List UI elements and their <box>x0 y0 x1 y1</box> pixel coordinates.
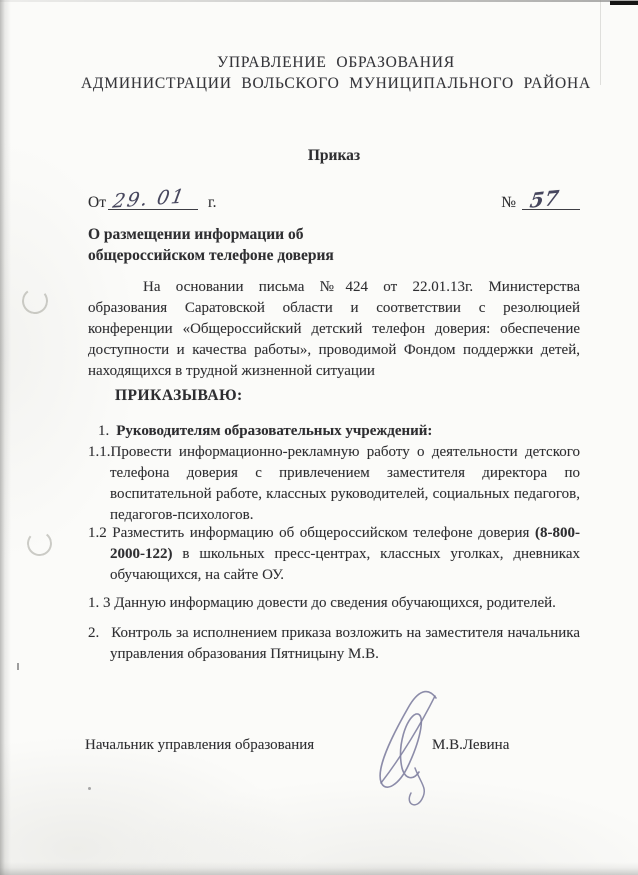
doc-type-title: Приказ <box>88 147 580 165</box>
punch-hole-mark-top <box>20 286 49 315</box>
subject-line1: О размещении информации об <box>88 224 334 245</box>
item11-line: 1.1.Провести информационно-рекламную раб… <box>88 442 580 463</box>
item1-number: 1. <box>98 423 109 439</box>
scan-speck <box>17 663 19 670</box>
item2-number: 2. <box>88 625 99 641</box>
handwritten-date: 29. 01 <box>111 185 187 212</box>
scan-corner-mark <box>610 1 638 5</box>
item12-line: 1.2 Разместить информацию об общероссийс… <box>88 523 580 544</box>
subject-title: О размещении информации об общероссийско… <box>88 224 334 266</box>
item11-line: воспитательной работе, классных руководи… <box>88 484 580 505</box>
org-name-line2: АДМИНИСТРАЦИИ ВОЛЬСКОГО МУНИЦИПАЛЬНОГО Р… <box>72 73 600 94</box>
item12-line: 2000-122) в школьных пресс-центрах, клас… <box>88 544 580 565</box>
preamble-line: На основании письма №424 от 22.01.13г. М… <box>88 277 580 298</box>
item12-line: обучающихся, на сайте ОУ. <box>88 565 580 586</box>
handwritten-number: 57 <box>528 185 561 213</box>
order-word: ПРИКАЗЫВАЮ: <box>115 387 243 405</box>
item12-phone-part2: 2000-122) <box>110 546 173 562</box>
number-blank-line: 57 <box>522 194 580 210</box>
item12-text: 1.2 Разместить информацию об общероссийс… <box>88 525 529 541</box>
scanned-order-document: { "document": { "header": { "line1": "УП… <box>0 0 638 875</box>
date-group: От29. 01г. <box>88 194 216 212</box>
number-group: №57 <box>501 194 580 212</box>
preamble-line: конференции «Общероссийский детский теле… <box>88 319 580 340</box>
preamble-line: доступности и качества работы», проводим… <box>88 340 580 361</box>
order-item-1: 1.Руководителям образовательных учрежден… <box>98 421 580 442</box>
signatory-position: Начальник управления образования <box>85 737 314 754</box>
scan-top-edge <box>0 0 638 2</box>
org-letterhead: УПРАВЛЕНИЕ ОБРАЗОВАНИЯ АДМИНИСТРАЦИИ ВОЛ… <box>72 52 600 94</box>
order-item-1-2: 1.2 Разместить информацию об общероссийс… <box>88 523 580 586</box>
punch-hole-mark-bottom <box>26 530 53 557</box>
scan-bottom-edge <box>0 862 638 875</box>
item1-text: Руководителям образовательных учреждений… <box>116 423 432 439</box>
date-label: От <box>88 194 106 211</box>
item2-line: 2.Контроль за исполнением приказа возлож… <box>88 623 580 644</box>
preamble-line: образования Саратовской области и соотве… <box>88 298 580 319</box>
signatory-name: М.В.Левина <box>432 737 509 754</box>
date-number-row: От29. 01г. №57 <box>88 194 580 212</box>
item12-text: в школьных пресс-центрах, классных уголк… <box>182 546 580 562</box>
item11-line: телефона доверия с привлечением заместит… <box>88 463 580 484</box>
date-suffix: г. <box>208 194 216 211</box>
scan-speck <box>88 787 91 790</box>
item12-phone-part1: (8-800- <box>535 525 580 541</box>
item2-line: управления образования Пятницыну М.В. <box>88 644 580 665</box>
org-name-line1: УПРАВЛЕНИЕ ОБРАЗОВАНИЯ <box>72 52 600 73</box>
order-item-1-1: 1.1.Провести информационно-рекламную раб… <box>88 442 580 526</box>
date-blank-line: 29. 01 <box>108 194 198 210</box>
preamble-paragraph: На основании письма №424 от 22.01.13г. М… <box>88 277 580 382</box>
scan-left-edge <box>0 0 11 875</box>
scan-seam-line <box>600 0 601 85</box>
preamble-line: находящихся в трудной жизненной ситуации <box>88 361 580 382</box>
order-item-2: 2.Контроль за исполнением приказа возлож… <box>88 623 580 665</box>
subject-line2: общероссийском телефоне доверия <box>88 245 334 266</box>
order-item-1-3: 1. 3 Данную информацию довести до сведен… <box>88 593 580 614</box>
item2-text: Контроль за исполнением приказа возложит… <box>111 625 580 641</box>
number-label: № <box>501 194 516 211</box>
